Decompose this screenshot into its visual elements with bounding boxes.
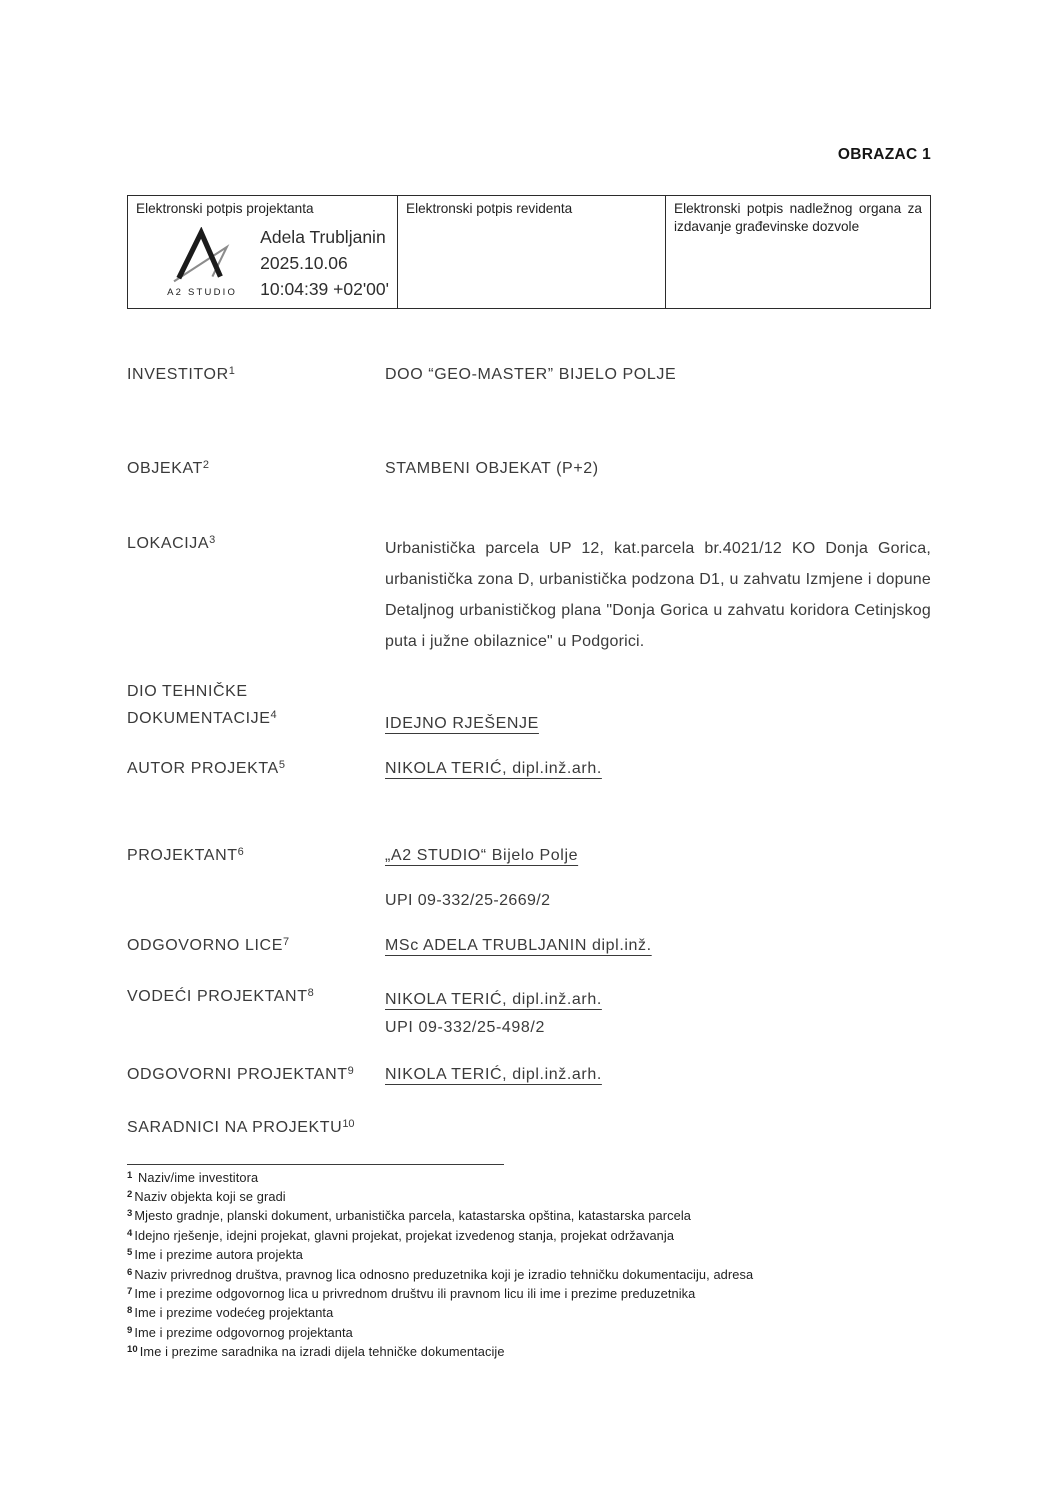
field-value: „A2 STUDIO“ Bijelo Polje UPI 09-332/25-2…: [385, 845, 931, 911]
label-text: DOKUMENTACIJE: [127, 710, 271, 727]
field-value: Urbanistička parcela UP 12, kat.parcela …: [385, 533, 931, 657]
footnote-sup: 8: [127, 1305, 132, 1316]
footnote-item: 10Ime i prezime saradnika na izradi dije…: [127, 1343, 931, 1362]
signature-text: Adela Trubljanin 2025.10.06 10:04:39 +02…: [260, 224, 389, 302]
footnote-item: 9Ime i prezime odgovornog projektanta: [127, 1324, 931, 1343]
label-text: PROJEKTANT: [127, 847, 238, 864]
field-saradnici-na-projektu: SARADNICI NA PROJEKTU10: [127, 1117, 931, 1140]
signature-time: 10:04:39 +02'00': [260, 276, 389, 302]
signature-date: 2025.10.06: [260, 250, 389, 276]
field-label: INVESTITOR1: [127, 364, 385, 387]
footnote-text: Naziv privrednog društva, pravnog lica o…: [134, 1267, 753, 1282]
signature-cell-revident: Elektronski potpis revidenta: [398, 196, 666, 308]
field-projektant: PROJEKTANT6 „A2 STUDIO“ Bijelo Polje UPI…: [127, 845, 931, 911]
label-superscript: 10: [342, 1118, 354, 1130]
underlined-value-wrap: „A2 STUDIO“ Bijelo Polje: [385, 845, 931, 866]
field-dio-tehnicke-dokumentacije: DIO TEHNIČKE DOKUMENTACIJE4 IDEJNO RJEŠE…: [127, 678, 931, 734]
label-superscript: 7: [283, 936, 289, 948]
label-text: VODEĆI PROJEKTANT: [127, 988, 308, 1005]
footnote-item: 8Ime i prezime vodećeg projektanta: [127, 1304, 931, 1323]
footnote-text: Ime i prezime autora projekta: [134, 1247, 303, 1262]
footnote-text: Naziv/ime investitora: [138, 1170, 258, 1185]
footnotes-separator: [127, 1164, 504, 1165]
footnote-sup: 2: [127, 1189, 132, 1200]
field-odgovorno-lice: ODGOVORNO LICE7 MSc ADELA TRUBLJANIN dip…: [127, 935, 931, 958]
signature-cell-nadlezni-organ: Elektronski potpis nadležnog organa za i…: [666, 196, 930, 308]
label-text: INVESTITOR: [127, 366, 229, 383]
digital-signature: A2 STUDIO Adela Trubljanin 2025.10.06 10…: [136, 224, 389, 302]
field-value: MSc ADELA TRUBLJANIN dipl.inž.: [385, 935, 931, 956]
field-lokacija: LOKACIJA3 Urbanistička parcela UP 12, ka…: [127, 533, 931, 657]
upi-number: UPI 09-332/25-498/2: [385, 1014, 931, 1042]
signature-cell-projektant: Elektronski potpis projektanta A2 STUDIO…: [128, 196, 398, 308]
field-value: NIKOLA TERIĆ, dipl.inž.arh.: [385, 1064, 931, 1085]
signature-col2-header: Elektronski potpis revidenta: [406, 200, 657, 218]
footnotes-list: 1 Naziv/ime investitora 2Naziv objekta k…: [127, 1169, 931, 1363]
footnote-sup: 4: [127, 1228, 132, 1239]
page-title: OBRAZAC 1: [838, 146, 931, 163]
field-value: IDEJNO RJEŠENJE: [385, 713, 931, 734]
footnote-item: 6Naziv privrednog društva, pravnog lica …: [127, 1266, 931, 1285]
footnote-text: Ime i prezime saradnika na izradi dijela…: [140, 1344, 505, 1359]
footnote-text: Ime i prezime odgovornog projektanta: [134, 1325, 352, 1340]
field-label: SARADNICI NA PROJEKTU10: [127, 1117, 547, 1140]
footnote-item: 7Ime i prezime odgovornog lica u privred…: [127, 1285, 931, 1304]
footnote-sup: 10: [127, 1344, 138, 1355]
footnote-text: Ime i prezime vodećeg projektanta: [134, 1305, 333, 1320]
footnote-sup: 6: [127, 1267, 132, 1278]
underlined-value: „A2 STUDIO“ Bijelo Polje: [385, 847, 578, 864]
footnote-item: 3Mjesto gradnje, planski dokument, urban…: [127, 1207, 931, 1226]
underlined-value: NIKOLA TERIĆ, dipl.inž.arh.: [385, 991, 602, 1008]
footnotes-section: 1 Naziv/ime investitora 2Naziv objekta k…: [127, 1164, 931, 1363]
field-odgovorni-projektant: ODGOVORNI PROJEKTANT9 NIKOLA TERIĆ, dipl…: [127, 1064, 931, 1087]
underlined-value: IDEJNO RJEŠENJE: [385, 715, 539, 732]
logo-box: A2 STUDIO: [164, 227, 240, 302]
underlined-value-wrap: NIKOLA TERIĆ, dipl.inž.arh.: [385, 986, 931, 1014]
label-text: ODGOVORNO LICE: [127, 937, 283, 954]
field-value: NIKOLA TERIĆ, dipl.inž.arh.: [385, 758, 931, 779]
footnote-sup: 1: [127, 1170, 132, 1181]
field-value: NIKOLA TERIĆ, dipl.inž.arh. UPI 09-332/2…: [385, 986, 931, 1042]
label-superscript: 2: [203, 459, 209, 471]
label-text: SARADNICI NA PROJEKTU: [127, 1119, 342, 1136]
field-label: LOKACIJA3: [127, 533, 385, 556]
label-superscript: 4: [271, 709, 277, 721]
label-superscript: 8: [308, 987, 314, 999]
field-label: VODEĆI PROJEKTANT8: [127, 986, 385, 1009]
field-label: ODGOVORNI PROJEKTANT9: [127, 1064, 385, 1087]
label-line2: DOKUMENTACIJE4: [127, 705, 385, 734]
footnote-item: 5Ime i prezime autora projekta: [127, 1246, 931, 1265]
field-value: DOO “GEO-MASTER” BIJELO POLJE: [385, 364, 931, 385]
label-superscript: 9: [348, 1065, 354, 1077]
underlined-value: NIKOLA TERIĆ, dipl.inž.arh.: [385, 1066, 602, 1083]
footnote-item: 1 Naziv/ime investitora: [127, 1169, 931, 1188]
title-row: OBRAZAC 1: [127, 0, 931, 164]
signature-table: Elektronski potpis projektanta A2 STUDIO…: [127, 195, 931, 309]
field-label: ODGOVORNO LICE7: [127, 935, 385, 958]
label-superscript: 5: [279, 759, 285, 771]
signer-name: Adela Trubljanin: [260, 224, 389, 250]
label-text: AUTOR PROJEKTA: [127, 760, 279, 777]
footnote-text: Mjesto gradnje, planski dokument, urbani…: [134, 1208, 691, 1223]
label-text: OBJEKAT: [127, 460, 203, 477]
footnote-text: Idejno rješenje, idejni projekat, glavni…: [134, 1228, 674, 1243]
label-text: LOKACIJA: [127, 535, 209, 552]
footnote-sup: 3: [127, 1208, 132, 1219]
label-superscript: 3: [209, 534, 215, 546]
logo-caption: A2 STUDIO: [164, 284, 240, 302]
underlined-value: MSc ADELA TRUBLJANIN dipl.inž.: [385, 937, 652, 954]
label-text: ODGOVORNI PROJEKTANT: [127, 1066, 348, 1083]
footnote-item: 4Idejno rješenje, idejni projekat, glavn…: [127, 1227, 931, 1246]
footnote-text: Ime i prezime odgovornog lica u privredn…: [134, 1286, 695, 1301]
label-line1: DIO TEHNIČKE: [127, 678, 385, 705]
upi-number: UPI 09-332/25-2669/2: [385, 890, 931, 911]
field-label: OBJEKAT2: [127, 458, 385, 481]
label-superscript: 1: [229, 365, 235, 377]
footnote-sup: 9: [127, 1325, 132, 1336]
field-label: AUTOR PROJEKTA5: [127, 758, 385, 781]
field-value: STAMBENI OBJEKAT (P+2): [385, 458, 931, 479]
footnote-text: Naziv objekta koji se gradi: [134, 1189, 285, 1204]
footnote-item: 2Naziv objekta koji se gradi: [127, 1188, 931, 1207]
field-label: DIO TEHNIČKE DOKUMENTACIJE4: [127, 678, 385, 734]
signature-col3-header: Elektronski potpis nadležnog organa za i…: [674, 200, 922, 235]
field-investitor: INVESTITOR1 DOO “GEO-MASTER” BIJELO POLJ…: [127, 364, 931, 387]
signature-col1-header: Elektronski potpis projektanta: [136, 200, 389, 218]
field-objekat: OBJEKAT2 STAMBENI OBJEKAT (P+2): [127, 458, 931, 481]
underlined-value: NIKOLA TERIĆ, dipl.inž.arh.: [385, 760, 602, 777]
footnote-sup: 5: [127, 1247, 132, 1258]
footnote-sup: 7: [127, 1286, 132, 1297]
label-superscript: 6: [238, 846, 244, 858]
a2-studio-logo-icon: [166, 227, 238, 283]
document-page: OBRAZAC 1 Elektronski potpis projektanta…: [0, 0, 1058, 1497]
field-label: PROJEKTANT6: [127, 845, 385, 868]
field-vodeci-projektant: VODEĆI PROJEKTANT8 NIKOLA TERIĆ, dipl.in…: [127, 986, 931, 1042]
field-autor-projekta: AUTOR PROJEKTA5 NIKOLA TERIĆ, dipl.inž.a…: [127, 758, 931, 781]
